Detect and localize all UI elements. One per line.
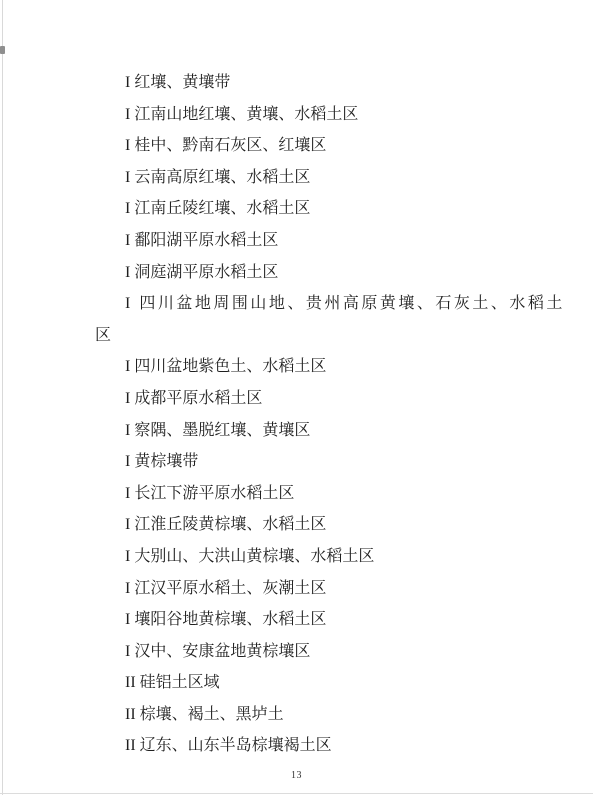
list-line: I 江淮丘陵黄棕壤、水稻土区 (95, 509, 571, 541)
list-line: II 棕壤、褐土、黑垆土 (95, 699, 571, 731)
list-line: I 云南高原红壤、水稻土区 (95, 162, 571, 194)
soil-zone-list: I 红壤、黄壤带 I 江南山地红壤、黄壤、水稻土区 I 桂中、黔南石灰区、红壤区… (95, 67, 571, 762)
list-line: I 江汉平原水稻土、灰潮土区 (95, 573, 571, 605)
list-line: II 硅铝土区域 (95, 667, 571, 699)
list-line: I 大别山、大洪山黄棕壤、水稻土区 (95, 541, 571, 573)
list-line: I 红壤、黄壤带 (95, 67, 571, 99)
list-line: I 黄棕壤带 (95, 446, 571, 478)
list-line: I 洞庭湖平原水稻土区 (95, 257, 571, 289)
page-left-edge-line (2, 0, 3, 795)
list-line: I 江南丘陵红壤、水稻土区 (95, 193, 571, 225)
list-line: I 汉中、安康盆地黄棕壤区 (95, 636, 571, 668)
list-line: I 长江下游平原水稻土区 (95, 478, 571, 510)
left-edge-mark (0, 46, 5, 54)
list-line: I 成都平原水稻土区 (95, 383, 571, 415)
list-line: I 四川盆地周围山地、贵州高原黄壤、石灰土、水稻土 (95, 288, 571, 320)
list-line: I 江南山地红壤、黄壤、水稻土区 (95, 99, 571, 131)
list-line-continuation: 区 (95, 320, 571, 352)
page-number: 13 (0, 770, 593, 781)
list-line: I 桂中、黔南石灰区、红壤区 (95, 130, 571, 162)
list-line: I 鄱阳湖平原水稻土区 (95, 225, 571, 257)
list-line: II 辽东、山东半岛棕壤褐土区 (95, 730, 571, 762)
page-bottom-edge-line (0, 793, 593, 794)
list-line: I 察隅、墨脱红壤、黄壤区 (95, 415, 571, 447)
list-line: I 壤阳谷地黄棕壤、水稻土区 (95, 604, 571, 636)
list-line: I 四川盆地紫色土、水稻土区 (95, 351, 571, 383)
document-page: I 红壤、黄壤带 I 江南山地红壤、黄壤、水稻土区 I 桂中、黔南石灰区、红壤区… (0, 0, 593, 795)
